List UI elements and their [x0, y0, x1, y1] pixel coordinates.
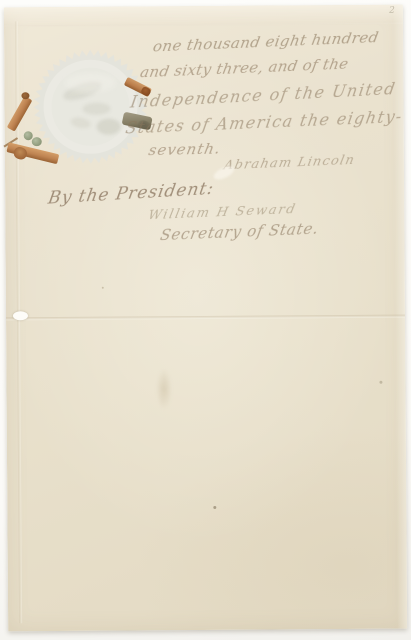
paper-stain [156, 369, 171, 409]
attestation-line: By the President: [47, 178, 216, 208]
photo-backdrop: one thousand eight hundred and sixty thr… [0, 0, 411, 640]
crease-hole [13, 311, 28, 320]
manuscript-line: Independence of the United [129, 79, 398, 112]
paper-speck [379, 381, 382, 384]
lincoln-signature: Abraham Lincoln [222, 153, 356, 174]
seal-ribbon-left-knot [21, 92, 29, 99]
paper-speck [102, 287, 104, 289]
manuscript-line: one thousand eight hundred [152, 28, 381, 56]
manuscript-line: seventh. [147, 139, 222, 159]
document-page: one thousand eight hundred and sixty thr… [4, 5, 407, 632]
horizontal-crease [6, 315, 405, 321]
seal-ribbon-left [7, 96, 33, 132]
manuscript-line: States of America the eighty- [124, 107, 404, 138]
corner-page-mark: 2 [389, 6, 395, 16]
paper-abrasion [212, 164, 236, 182]
paper-speck [213, 506, 216, 509]
top-fold-band [4, 5, 403, 27]
seal-bead [32, 137, 42, 146]
manuscript-line: and sixty three, and of the [139, 54, 350, 81]
secretary-of-state-line: Secretary of State. [159, 219, 321, 244]
seward-signature: William H Seward [147, 202, 298, 223]
